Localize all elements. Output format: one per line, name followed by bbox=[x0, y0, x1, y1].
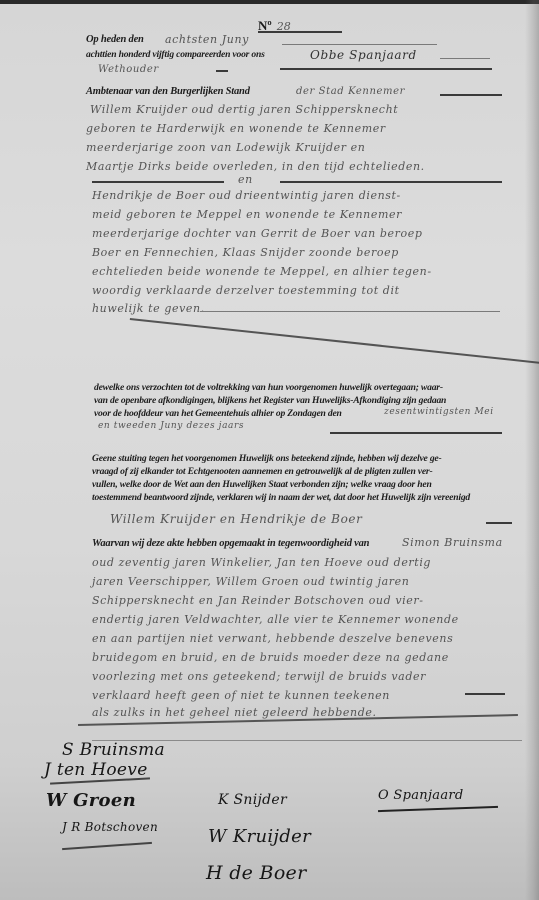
header-line2-printed: achttien honderd vijftig compareerden vo… bbox=[86, 49, 265, 60]
closing-diagonal-line bbox=[130, 318, 539, 365]
witness-first-hand: Simon Bruinsma bbox=[402, 536, 503, 549]
signature-bruinsma: S Bruinsma bbox=[62, 740, 165, 760]
fill-line bbox=[282, 44, 437, 45]
bride-line-6: woordig verklaarde derzelver toestemming… bbox=[92, 284, 400, 297]
signature-kruijder: W Kruijder bbox=[208, 826, 311, 847]
signature-de-boer: H de Boer bbox=[206, 862, 306, 884]
couple-names: Willem Kruijder en Hendrikje de Boer bbox=[110, 512, 362, 526]
witness-line-3: Schippersknecht en Jan Reinder Botschove… bbox=[92, 594, 424, 607]
official-hand: der Stad Kennemer bbox=[296, 86, 405, 97]
bride-line-4: Boer en Fennechien, Klaas Snijder zoonde… bbox=[92, 246, 399, 259]
declaration-line-4: toestemmend beantwoord zijnde, verklaren… bbox=[92, 492, 470, 503]
bride-line-3: meerderjarige dochter van Gerrit de Boer… bbox=[92, 227, 422, 240]
declaration-line-2: vraagd of zij elkander tot Echtgenooten … bbox=[92, 466, 432, 477]
fill-line bbox=[440, 58, 490, 59]
witness-line-6: bruidegom en bruid, en de bruids moeder … bbox=[92, 651, 449, 664]
signature-spanjaard: O Spanjaard bbox=[378, 788, 464, 803]
header-line2-hand: Obbe Spanjaard bbox=[310, 48, 417, 62]
bride-line-1: Hendrikje de Boer oud drieentwintig jare… bbox=[92, 189, 401, 202]
groom-line-3: meerderjarige zoon van Lodewijk Kruijder… bbox=[86, 141, 365, 154]
scan-right-edge bbox=[525, 0, 539, 900]
witness-line-5: en aan partijen niet verwant, hebbende d… bbox=[92, 632, 453, 645]
conjunction-en: en bbox=[238, 173, 253, 186]
separator-line-left bbox=[92, 181, 224, 183]
bride-line-2: meid geboren te Meppel en wonende te Ken… bbox=[92, 208, 402, 221]
witness-line-8: verklaard heeft geen of niet te kunnen t… bbox=[92, 689, 390, 702]
official-printed: Ambtenaar van den Burgerlijken Stand bbox=[86, 86, 250, 97]
header-line1-hand: achtsten Juny bbox=[165, 33, 249, 46]
signature-flourish bbox=[62, 842, 152, 850]
declaration-line-3: vullen, welke door de Wet aan den Huweli… bbox=[92, 479, 432, 490]
fill-line bbox=[330, 432, 502, 434]
header-line1-printed: Op heden den bbox=[86, 34, 144, 45]
declaration-line-1: Geene stuiting tegen het voorgenomen Huw… bbox=[92, 453, 441, 464]
witness-line-2: jaren Veerschipper, Willem Groen oud twi… bbox=[92, 575, 409, 588]
signature-groen: W Groen bbox=[46, 790, 136, 811]
fill-line bbox=[216, 70, 228, 72]
witness-line-1: oud zeventig jaren Winkelier, Jan ten Ho… bbox=[92, 556, 431, 569]
signature-botschoven: J R Botschoven bbox=[62, 820, 158, 834]
separator-line-right bbox=[280, 181, 502, 183]
groom-line-1: Willem Kruijder oud dertig jaren Schippe… bbox=[90, 103, 398, 116]
fill-line bbox=[486, 522, 512, 524]
header-line3-hand: Wethouder bbox=[98, 64, 159, 75]
scan-top-edge bbox=[0, 0, 539, 4]
number-underline bbox=[258, 31, 342, 33]
bride-line-7: huwelijk te geven. bbox=[92, 302, 205, 315]
proclamation-hand-2: en tweeden Juny dezes jaars bbox=[98, 421, 244, 431]
bride-line-5: echtelieden beide wonende te Meppel, en … bbox=[92, 265, 432, 278]
signature-underline bbox=[378, 806, 498, 812]
proclamation-line-1: dewelke ons verzochten tot de voltrekkin… bbox=[94, 382, 443, 393]
witness-line-7: voorlezing met ons geteekend; terwijl de… bbox=[92, 670, 426, 683]
groom-line-4: Maartje Dirks beide overleden, in den ti… bbox=[86, 160, 425, 173]
groom-line-2: geboren te Harderwijk en wonende te Kenn… bbox=[86, 122, 386, 135]
fill-line bbox=[200, 311, 500, 312]
signature-snijder: K Snijder bbox=[218, 792, 287, 808]
witness-line-4: endertig jaren Veldwachter, alle vier te… bbox=[92, 613, 459, 626]
document-page: Nº 28 Op heden den achtsten Juny achttie… bbox=[0, 0, 539, 900]
fill-line bbox=[465, 693, 505, 695]
fill-line bbox=[440, 94, 502, 96]
proclamation-line-2: van de openbare afkondigingen, blijkens … bbox=[94, 395, 446, 406]
proclamation-line-3: voor de hoofddeur van het Gemeentehuis a… bbox=[94, 408, 342, 419]
witnesses-printed: Waarvan wij deze akte hebben opgemaakt i… bbox=[92, 538, 369, 549]
witness-line-9: als zulks in het geheel niet geleerd heb… bbox=[92, 706, 377, 719]
signature-ten-hoeve: J ten Hoeve bbox=[44, 760, 148, 780]
fill-line bbox=[280, 68, 492, 70]
proclamation-hand-1: zesentwintigsten Mei bbox=[384, 407, 494, 417]
